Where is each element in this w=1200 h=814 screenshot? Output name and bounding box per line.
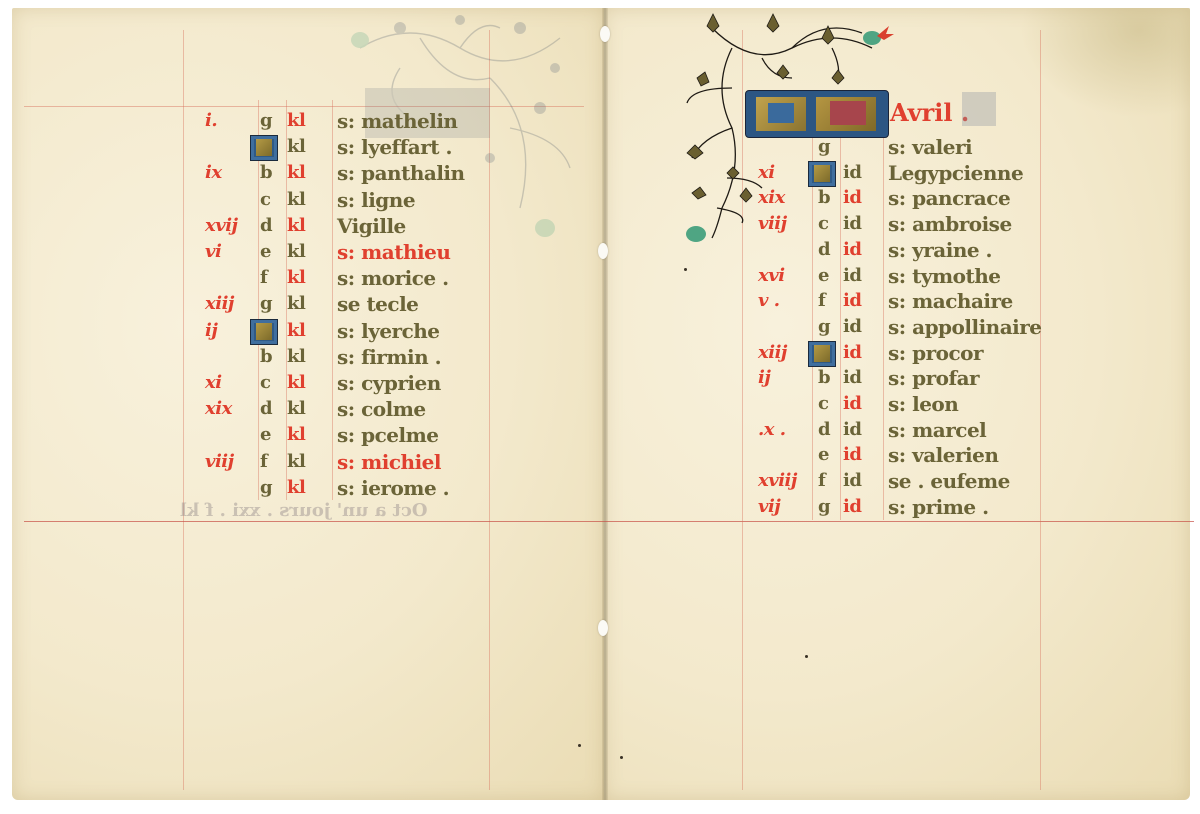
dominical-letter: f bbox=[260, 449, 267, 475]
golden-number: xi bbox=[758, 160, 775, 186]
ink-speck bbox=[620, 756, 623, 759]
saint-name: s: lyerche bbox=[337, 318, 440, 344]
saint-name: Vigille bbox=[337, 213, 406, 239]
dominical-letter: d bbox=[818, 237, 830, 263]
golden-number: viij bbox=[205, 449, 234, 475]
saint-name: s: prime . bbox=[888, 494, 989, 520]
golden-number: vij bbox=[758, 494, 780, 520]
dominical-letter: c bbox=[818, 391, 828, 417]
dominical-letter: b bbox=[818, 365, 830, 391]
dominical-letter: c bbox=[818, 211, 828, 237]
saint-name: s: mathelin bbox=[337, 108, 457, 134]
kalends-marker: id bbox=[843, 160, 861, 186]
ink-speck bbox=[684, 268, 687, 271]
kalends-marker: kl bbox=[287, 344, 305, 370]
dominical-letter: e bbox=[260, 422, 271, 448]
dominical-letter: c bbox=[260, 187, 270, 213]
illuminated-initial-a bbox=[808, 341, 836, 367]
show-through-text: Oct a un' jours . xxi . f kl bbox=[180, 500, 428, 521]
kalends-marker: id bbox=[843, 442, 861, 468]
show-through-shade bbox=[962, 92, 996, 126]
golden-number: xvi bbox=[758, 263, 785, 289]
golden-number: i. bbox=[205, 108, 217, 134]
saint-name: s: marcel bbox=[888, 417, 986, 443]
golden-number: ix bbox=[205, 160, 222, 186]
dominical-letter: f bbox=[260, 265, 267, 291]
kalends-marker: kl bbox=[287, 134, 305, 160]
kalends-marker: id bbox=[843, 468, 861, 494]
dominical-letter: b bbox=[260, 160, 272, 186]
dominical-letter: d bbox=[260, 213, 272, 239]
golden-number: .x . bbox=[758, 417, 786, 443]
kalends-marker: id bbox=[843, 314, 861, 340]
golden-number: xi bbox=[205, 370, 222, 396]
saint-name: s: ligne bbox=[337, 187, 415, 213]
kalends-marker: kl bbox=[287, 160, 305, 186]
dominical-letter: f bbox=[818, 468, 825, 494]
dominical-letter: e bbox=[818, 263, 829, 289]
saint-name: s: procor bbox=[888, 340, 983, 366]
illuminated-initial-a bbox=[808, 161, 836, 187]
saint-name: s: machaire bbox=[888, 288, 1013, 314]
kalends-marker: id bbox=[843, 237, 861, 263]
kalends-marker: kl bbox=[287, 422, 305, 448]
dominical-letter: d bbox=[818, 417, 830, 443]
saint-name: s: ierome . bbox=[337, 475, 449, 501]
dominical-letter: g bbox=[818, 134, 830, 160]
saint-name: s: leon bbox=[888, 391, 958, 417]
ink-speck bbox=[578, 744, 581, 747]
saint-name: s: pcelme bbox=[337, 422, 438, 448]
kalends-marker: kl bbox=[287, 108, 305, 134]
saint-name: s: profar bbox=[888, 365, 979, 391]
dominical-letter: f bbox=[818, 288, 825, 314]
dominical-letter: b bbox=[260, 344, 272, 370]
kalends-marker: id bbox=[843, 185, 861, 211]
kalends-marker: kl bbox=[287, 265, 305, 291]
golden-number: xiij bbox=[205, 291, 234, 317]
saint-name: s: cyprien bbox=[337, 370, 441, 396]
saint-name: s: pancrace bbox=[888, 185, 1010, 211]
dominical-letter: b bbox=[818, 185, 830, 211]
kalends-marker: kl bbox=[287, 449, 305, 475]
saint-name: s: firmin . bbox=[337, 344, 441, 370]
saint-name: s: tymothe bbox=[888, 263, 1000, 289]
saint-name: s: panthalin bbox=[337, 160, 465, 186]
saint-name: s: valeri bbox=[888, 134, 972, 160]
saint-name: s: michiel bbox=[337, 449, 441, 475]
golden-number: xix bbox=[205, 396, 232, 422]
saint-name: s: yraine . bbox=[888, 237, 992, 263]
kalends-marker: kl bbox=[287, 318, 305, 344]
saint-name: se tecle bbox=[337, 291, 418, 317]
kalends-marker: id bbox=[843, 288, 861, 314]
illuminated-initial-a bbox=[250, 319, 278, 345]
kalends-marker: id bbox=[843, 340, 861, 366]
dominical-letter: g bbox=[260, 291, 272, 317]
saint-name: s: ambroise bbox=[888, 211, 1012, 237]
kalends-marker: kl bbox=[287, 291, 305, 317]
saint-name: s: mathieu bbox=[337, 239, 450, 265]
ink-speck bbox=[805, 655, 808, 658]
dominical-letter: g bbox=[260, 475, 272, 501]
kalends-marker: kl bbox=[287, 213, 305, 239]
month-title: Avril . bbox=[890, 98, 969, 127]
kalends-marker: kl bbox=[287, 187, 305, 213]
golden-number: v . bbox=[758, 288, 780, 314]
saint-name: Legypcienne bbox=[888, 160, 1023, 186]
kalends-marker: kl bbox=[287, 239, 305, 265]
dominical-letter: d bbox=[260, 396, 272, 422]
kalends-marker: id bbox=[843, 263, 861, 289]
golden-number: xix bbox=[758, 185, 785, 211]
saint-name: s: morice . bbox=[337, 265, 449, 291]
kl-illuminated-initial bbox=[745, 90, 889, 138]
manuscript-spread bbox=[12, 8, 1190, 800]
golden-number: xiij bbox=[758, 340, 787, 366]
saint-name: s: valerien bbox=[888, 442, 998, 468]
illuminated-initial-a bbox=[250, 135, 278, 161]
kalends-marker: kl bbox=[287, 370, 305, 396]
dominical-letter: c bbox=[260, 370, 270, 396]
golden-number: xvij bbox=[205, 213, 238, 239]
water-stain bbox=[1020, 8, 1190, 118]
saint-name: se . eufeme bbox=[888, 468, 1010, 494]
dominical-letter: e bbox=[818, 442, 829, 468]
golden-number: ij bbox=[758, 365, 770, 391]
kalends-marker: id bbox=[843, 417, 861, 443]
sewing-hole bbox=[598, 243, 608, 259]
golden-number: xviij bbox=[758, 468, 797, 494]
kalends-marker: id bbox=[843, 365, 861, 391]
dominical-letter: e bbox=[260, 239, 271, 265]
sewing-hole bbox=[600, 26, 610, 42]
golden-number: ij bbox=[205, 318, 217, 344]
golden-number: viij bbox=[758, 211, 787, 237]
kalends-marker: kl bbox=[287, 396, 305, 422]
dominical-letter: g bbox=[260, 108, 272, 134]
dominical-letter: g bbox=[818, 314, 830, 340]
saint-name: s: colme bbox=[337, 396, 426, 422]
kalends-marker: id bbox=[843, 211, 861, 237]
kalends-marker: kl bbox=[287, 475, 305, 501]
golden-number: vi bbox=[205, 239, 221, 265]
saint-name: s: lyeffart . bbox=[337, 134, 452, 160]
kalends-marker: id bbox=[843, 391, 861, 417]
gutter-fold bbox=[602, 8, 608, 800]
saint-name: s: appollinaire bbox=[888, 314, 1042, 340]
sewing-hole bbox=[598, 620, 608, 636]
dominical-letter: g bbox=[818, 494, 830, 520]
kalends-marker: id bbox=[843, 494, 861, 520]
